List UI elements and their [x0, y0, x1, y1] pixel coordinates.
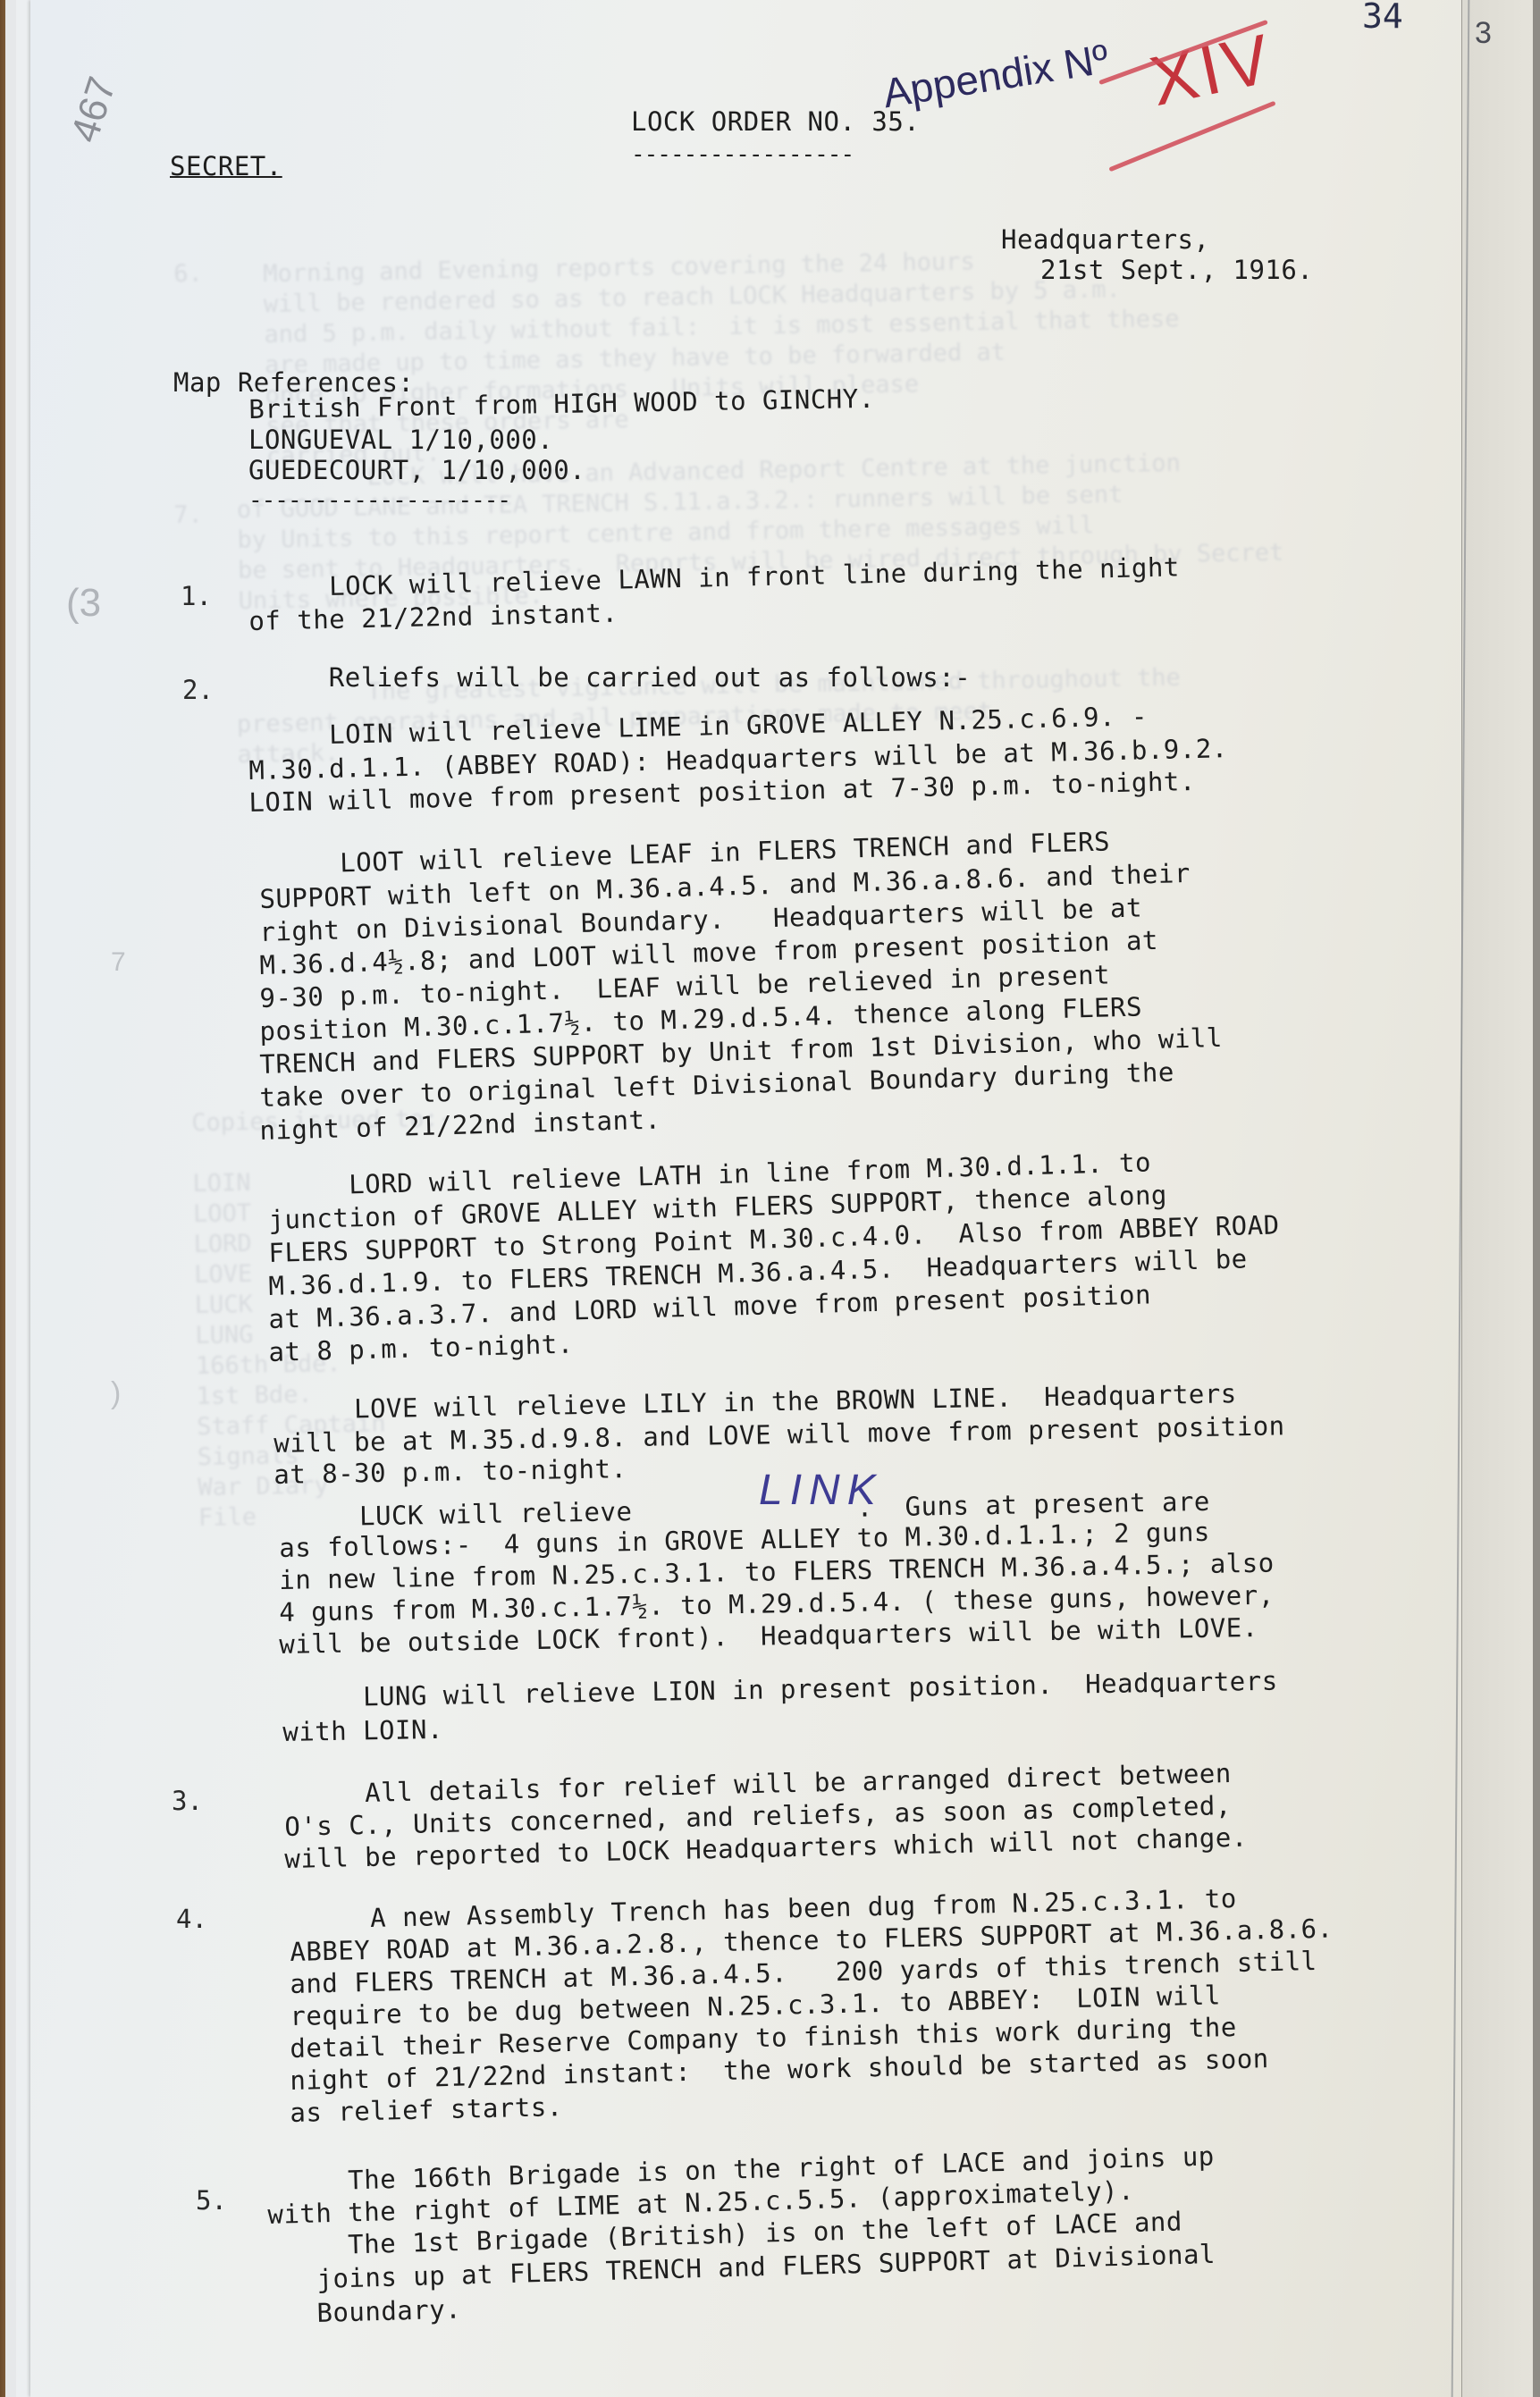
underlying-page-edge: [1461, 0, 1540, 2397]
paragraph-2-intro: Reliefs will be carried out as follows:-: [248, 661, 971, 694]
origin-date: 21st Sept., 1916.: [1040, 254, 1313, 287]
paragraph-number: 5.: [196, 2185, 227, 2216]
map-reference-line: LONGUEVAL 1/10,000.: [248, 424, 553, 457]
paragraph-1-line: of the 21/22nd instant.: [248, 597, 619, 638]
edge-number: 3: [1475, 16, 1492, 51]
page-number-stamp: 34: [1362, 0, 1403, 36]
classification-label: SECRET.: [170, 150, 282, 183]
scan-edge: [1533, 0, 1540, 2397]
paragraph-number: 1.: [181, 581, 212, 611]
lung-relief-line: LUNG will relieve LION in present positi…: [282, 1665, 1278, 1715]
folio-pencil-number: 467: [63, 71, 125, 147]
origin-headquarters: Headquarters,: [1001, 223, 1209, 257]
margin-pencil-mark: ): [111, 1376, 121, 1411]
order-title: LOCK ORDER NO. 35.: [631, 105, 920, 139]
handwritten-insert-link: LINK: [759, 1466, 883, 1515]
paragraph-number: 3.: [172, 1786, 203, 1816]
paragraph-5-line: Boundary.: [316, 2292, 462, 2329]
paragraph-number: 2.: [182, 675, 214, 705]
document-page: 6. Morning and Evening reports covering …: [30, 0, 1483, 2397]
paragraph-4-line: as relief starts.: [290, 2090, 563, 2130]
love-relief-line: at 8-30 p.m. to-night.: [273, 1452, 627, 1492]
lung-relief-line: with LOIN.: [282, 1713, 443, 1749]
margin-pencil-mark: (3: [66, 581, 101, 626]
bleed-through-number: 6.: [173, 258, 203, 290]
bleed-through-number: 7.: [173, 500, 203, 531]
margin-pencil-mark: 7: [111, 947, 126, 978]
paragraph-number: 4.: [176, 1904, 207, 1934]
map-references-rule: --------------------: [248, 487, 510, 514]
map-reference-line: GUEDECOURT, 1/10,000.: [248, 454, 585, 487]
title-rule: -----------------: [631, 141, 854, 168]
